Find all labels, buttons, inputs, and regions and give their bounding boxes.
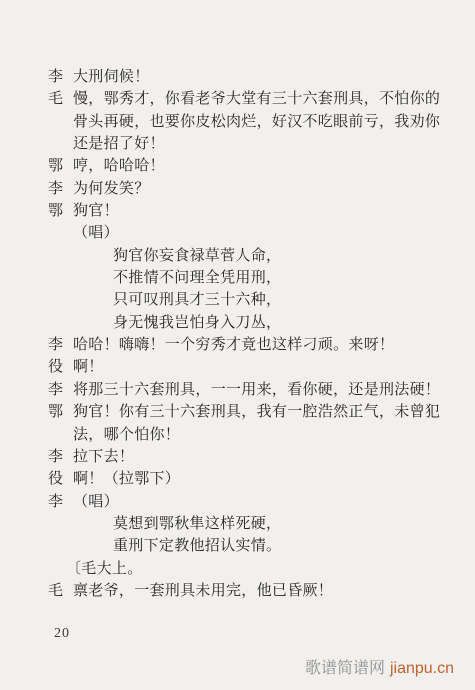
line-text: 重刑下定教他招认实情。: [113, 535, 281, 557]
script-verse-line: 不推情不问理全凭用刑，: [48, 267, 455, 289]
script-verse-line: 莫想到鄂秋隼这样死硬，: [48, 513, 455, 535]
script-line: 骨头再硬，也要你皮松肉烂，好汉不吃眼前亏，我劝你: [48, 111, 455, 133]
line-text: （唱）: [73, 491, 119, 513]
line-text: 法，哪个怕你！: [73, 424, 180, 446]
speaker-label: 李: [48, 379, 73, 401]
speaker-label: 李: [48, 66, 73, 88]
line-text: 拉下去！: [73, 446, 134, 468]
line-text: 慢，鄂秀才，你看老爷大堂有三十六套刑具，不怕你的: [73, 88, 440, 110]
script-line: 毛慢，鄂秀才，你看老爷大堂有三十六套刑具，不怕你的: [48, 88, 455, 110]
line-text: 禀老爷，一套刑具未用完，他已昏厥！: [73, 580, 333, 602]
speaker-label: 鄂: [48, 401, 73, 423]
speaker-label: 鄂: [48, 155, 73, 177]
script-line: 毛禀老爷，一套刑具未用完，他已昏厥！: [48, 580, 455, 602]
line-text: （唱）: [73, 222, 119, 244]
speaker-label: 毛: [48, 88, 73, 110]
line-text: 骨头再硬，也要你皮松肉烂，好汉不吃眼前亏，我劝你: [73, 111, 440, 133]
script-line: 鄂狗官！你有三十六套刑具，我有一腔浩然正气，未曾犯: [48, 401, 455, 423]
script-line: 李将那三十六套刑具，一一用来，看你硬，还是刑法硬！: [48, 379, 455, 401]
watermark: 歌谱简谱网jianpu.cn: [305, 655, 454, 678]
watermark-site-url: jianpu.cn: [390, 660, 454, 677]
line-text: 哼，哈哈哈！: [73, 155, 165, 177]
line-text: 哈哈！嗨嗨！一个穷秀才竟也这样刁顽。来呀！: [73, 334, 394, 356]
speaker-label: 役: [48, 356, 73, 378]
speaker-label: 李: [48, 334, 73, 356]
stage-direction: 〔毛大上。: [48, 558, 455, 580]
script-body: 李大刑伺候！ 毛慢，鄂秀才，你看老爷大堂有三十六套刑具，不怕你的 骨头再硬，也要…: [48, 66, 455, 602]
script-line: （唱）: [48, 222, 455, 244]
line-text: 还是招了好！: [73, 133, 165, 155]
script-line: 李哈哈！嗨嗨！一个穷秀才竟也这样刁顽。来呀！: [48, 334, 455, 356]
script-verse-line: 身无愧我岂怕身入刀丛，: [48, 312, 455, 334]
speaker-label: 李: [48, 178, 73, 200]
script-page: 李大刑伺候！ 毛慢，鄂秀才，你看老爷大堂有三十六套刑具，不怕你的 骨头再硬，也要…: [0, 0, 475, 690]
speaker-label: 鄂: [48, 200, 73, 222]
script-verse-line: 只可叹刑具才三十六种，: [48, 289, 455, 311]
script-line: 李（唱）: [48, 491, 455, 513]
line-text: 只可叹刑具才三十六种，: [113, 289, 281, 311]
line-text: 身无愧我岂怕身入刀丛，: [113, 312, 281, 334]
script-line: 法，哪个怕你！: [48, 424, 455, 446]
script-verse-line: 重刑下定教他招认实情。: [48, 535, 455, 557]
line-text: 狗官你妄食禄草菅人命，: [113, 245, 281, 267]
speaker-label: 李: [48, 491, 73, 513]
script-line: 李拉下去！: [48, 446, 455, 468]
line-text: 啊！（拉鄂下）: [73, 468, 180, 490]
script-line: 李为何发笑？: [48, 178, 455, 200]
watermark-site-name: 歌谱简谱网: [305, 660, 385, 677]
line-text: 不推情不问理全凭用刑，: [113, 267, 281, 289]
line-text: 狗官！: [73, 200, 119, 222]
line-text: 狗官！你有三十六套刑具，我有一腔浩然正气，未曾犯: [73, 401, 440, 423]
line-text: 为何发笑？: [73, 178, 150, 200]
line-text: 将那三十六套刑具，一一用来，看你硬，还是刑法硬！: [73, 379, 440, 401]
line-text: 啊！: [73, 356, 104, 378]
speaker-label: 役: [48, 468, 73, 490]
script-line: 役啊！（拉鄂下）: [48, 468, 455, 490]
script-line: 李大刑伺候！: [48, 66, 455, 88]
script-line: 鄂狗官！: [48, 200, 455, 222]
script-line: 役啊！: [48, 356, 455, 378]
line-text: 莫想到鄂秋隼这样死硬，: [113, 513, 281, 535]
line-text: 〔毛大上。: [66, 558, 143, 580]
script-line: 鄂哼，哈哈哈！: [48, 155, 455, 177]
line-text: 大刑伺候！: [73, 66, 150, 88]
speaker-label: 李: [48, 446, 73, 468]
speaker-label: 毛: [48, 580, 73, 602]
page-number: 20: [54, 626, 70, 642]
script-verse-line: 狗官你妄食禄草菅人命，: [48, 245, 455, 267]
script-line: 还是招了好！: [48, 133, 455, 155]
